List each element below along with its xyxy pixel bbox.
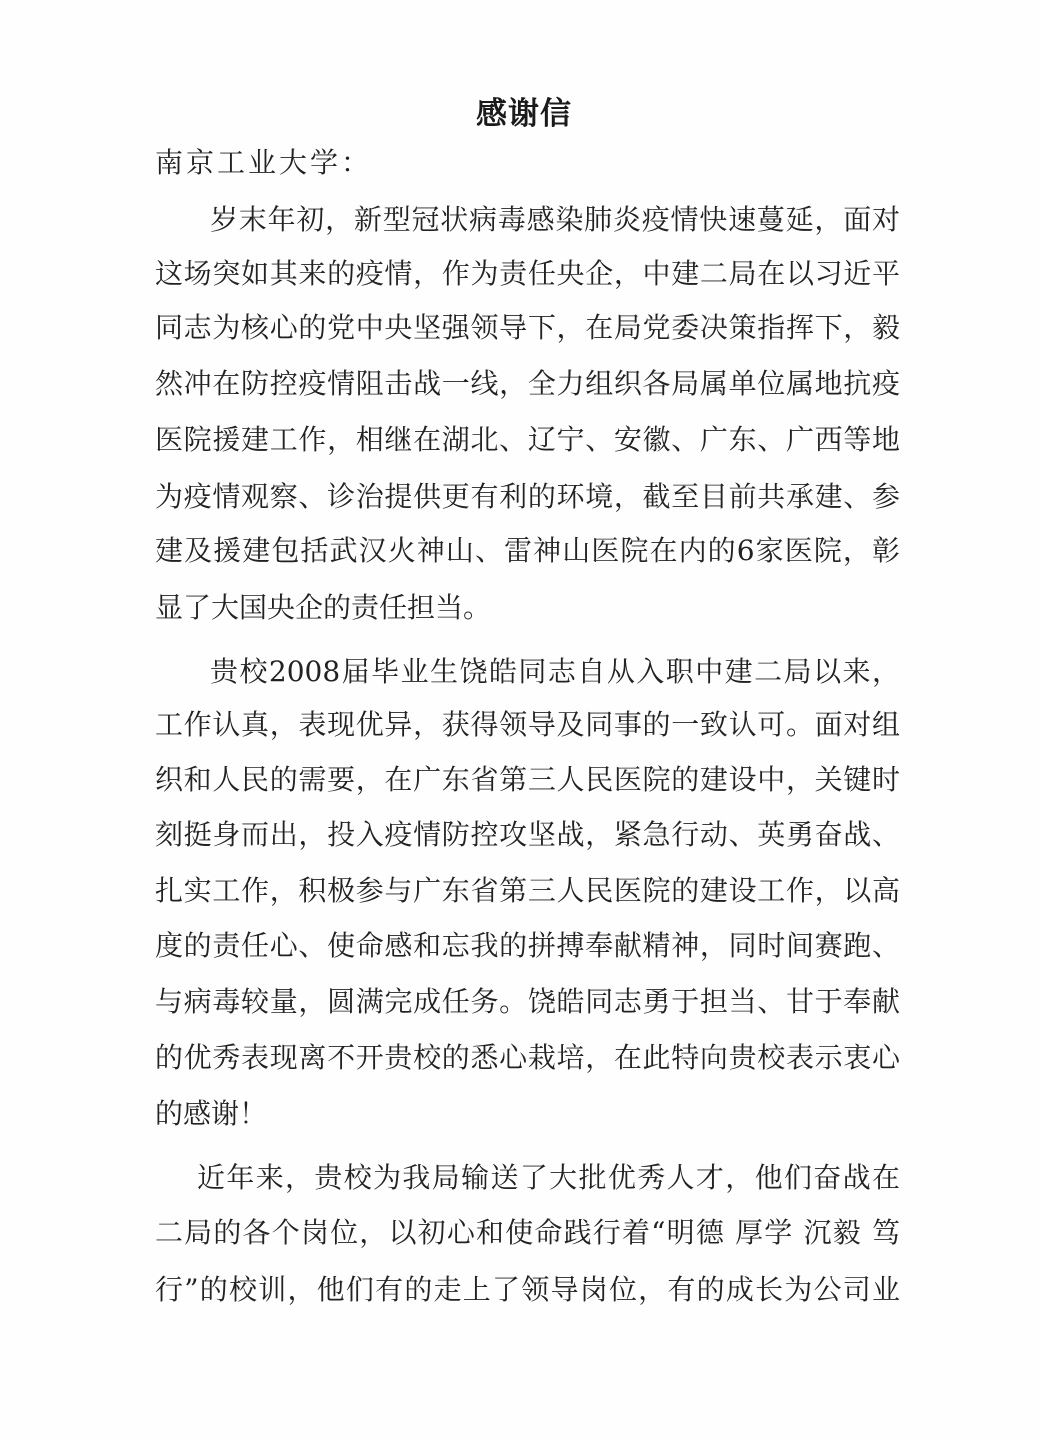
letter-title: 感谢信 (0, 88, 1040, 133)
paragraph-1-line-1: 岁末年初，新型冠状病毒感染肺炎疫情快速蔓延，面对 (210, 200, 900, 240)
paragraph-3-line-2: 二局的各个岗位，以初心和使命践行着“明德 厚学 沉毅 笃 (155, 1213, 900, 1253)
paragraph-1-line-5: 医院援建工作，相继在湖北、辽宁、安徽、广东、广西等地 (155, 420, 900, 460)
paragraph-2-line-2: 工作认真，表现优异，获得领导及同事的一致认可。面对组 (155, 705, 900, 745)
paragraph-3-line-1: 近年来，贵校为我局输送了大批优秀人才，他们奋战在 (197, 1158, 900, 1198)
paragraph-1-line-3: 同志为核心的党中央坚强领导下，在局党委决策指挥下，毅 (155, 308, 900, 348)
paragraph-2-line-1: 贵校2008届毕业生饶皓同志自从入职中建二局以来， (210, 652, 900, 692)
letter-page: 感谢信 南京工业大学： 岁末年初，新型冠状病毒感染肺炎疫情快速蔓延，面对 这场突… (0, 0, 1040, 1438)
paragraph-1-line-2: 这场突如其来的疫情，作为责任央企，中建二局在以习近平 (155, 254, 900, 294)
salutation: 南京工业大学： (155, 143, 900, 183)
paragraph-2-line-4: 刻挺身而出，投入疫情防控攻坚战，紧急行动、英勇奋战、 (155, 815, 900, 855)
paragraph-1-line-7: 建及援建包括武汉火神山、雷神山医院在内的6家医院，彰 (155, 531, 900, 571)
paragraph-2-line-9: 的感谢！ (155, 1094, 900, 1134)
paragraph-2-line-7: 与病毒较量，圆满完成任务。饶皓同志勇于担当、甘于奉献 (155, 982, 900, 1022)
paragraph-1-line-4: 然冲在防控疫情阻击战一线，全力组织各局属单位属地抗疫 (155, 364, 900, 404)
paragraph-2-line-8: 的优秀表现离不开贵校的悉心栽培，在此特向贵校表示衷心 (155, 1038, 900, 1078)
paragraph-2-line-6: 度的责任心、使命感和忘我的拼搏奉献精神，同时间赛跑、 (155, 926, 900, 966)
paragraph-2-line-3: 织和人民的需要，在广东省第三人民医院的建设中，关键时 (155, 760, 900, 800)
paragraph-1-line-8: 显了大国央企的责任担当。 (155, 588, 900, 628)
paragraph-3-line-3: 行”的校训，他们有的走上了领导岗位，有的成长为公司业 (155, 1270, 900, 1310)
paragraph-1-line-6: 为疫情观察、诊治提供更有利的环境，截至目前共承建、参 (155, 477, 900, 517)
paragraph-2-line-5: 扎实工作，积极参与广东省第三人民医院的建设工作，以高 (155, 871, 900, 911)
